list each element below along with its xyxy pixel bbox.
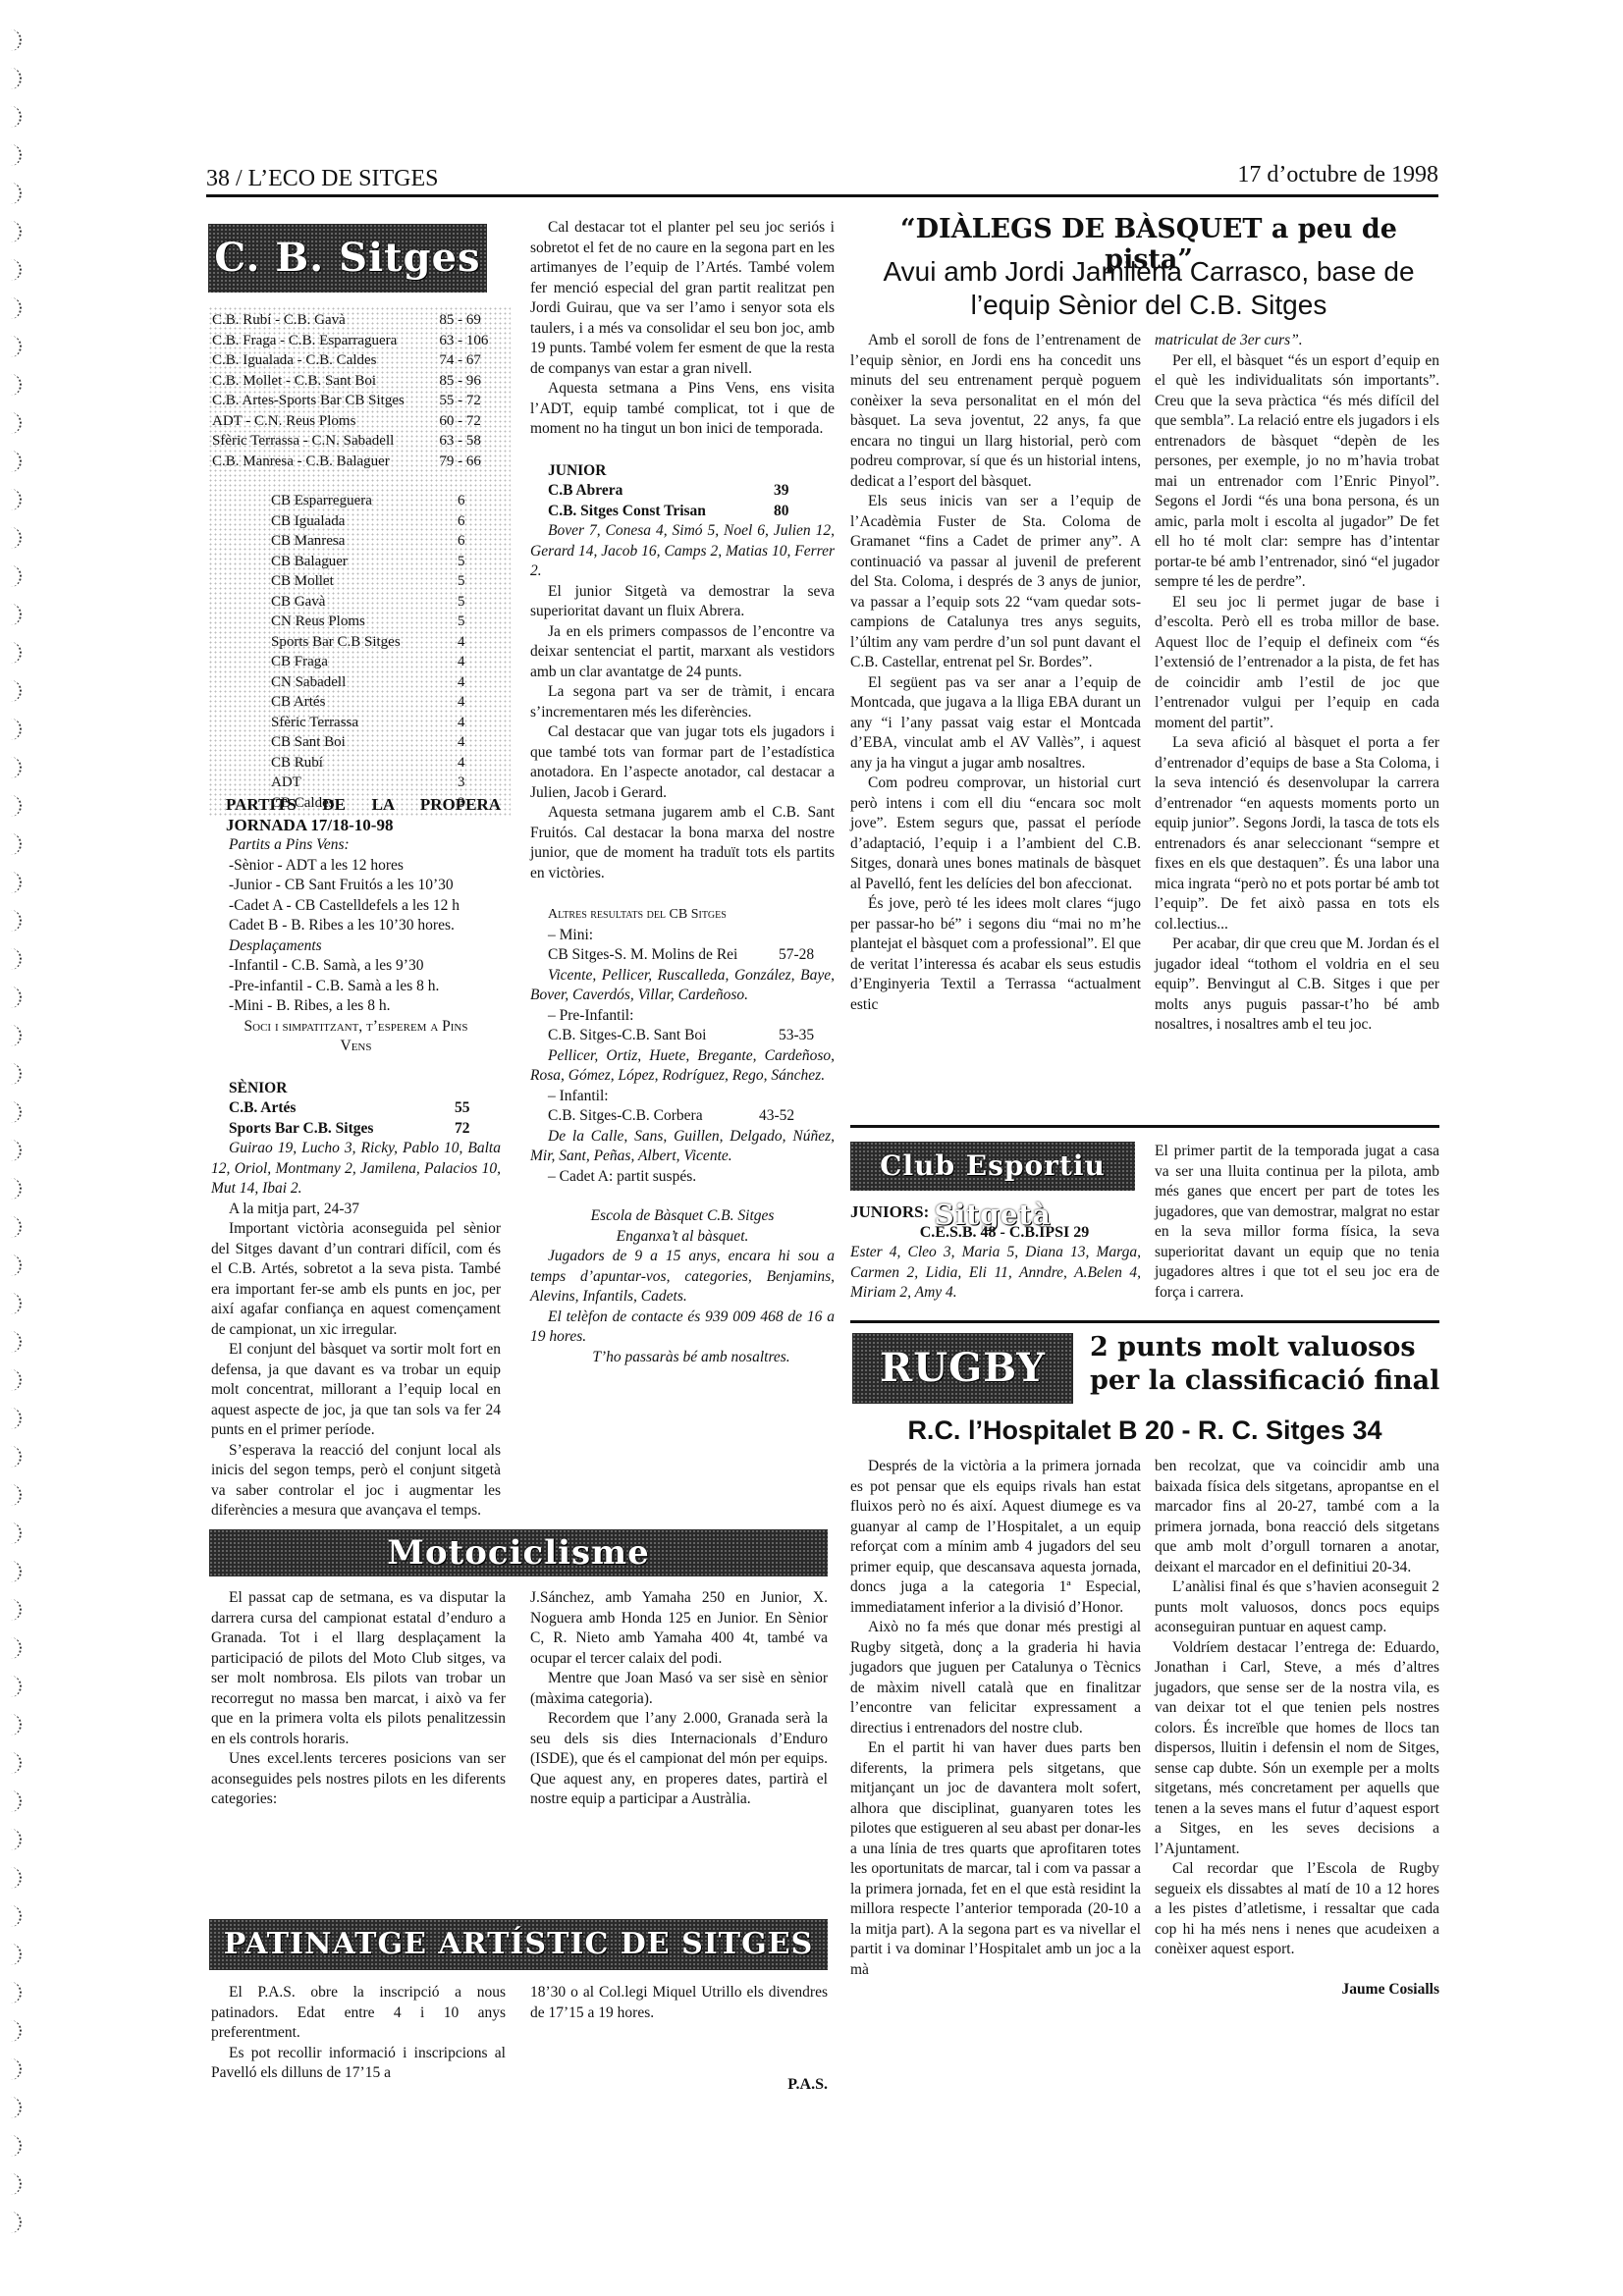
moto-banner: Motociclisme [209, 1529, 828, 1576]
next-matches-title: PARTITS DE LA PROPERA JORNADA 17/18-10-9… [211, 795, 501, 835]
standings-row: CB Esparreguera6 [212, 491, 507, 511]
slogan: Soci i simpatitzant, t’esperem a Pins Ve… [211, 1017, 501, 1057]
standings-row: CB Balaguer5 [212, 552, 507, 572]
interview-column-2: matriculat de 3er curs”. Per ell, el bàs… [1155, 331, 1439, 1036]
standings-row: CN Sabadell4 [212, 672, 507, 693]
other-results-title: Altres resultats del CB Sitges [530, 905, 835, 926]
standings-row: ADT3 [212, 773, 507, 793]
result-row: C.B. Igualada - C.B. Caldes74 - 67 [212, 350, 507, 371]
skating-column-1: El P.A.S. obre la inscripció a nous pati… [211, 1983, 506, 2084]
issue-date: 17 d’octubre de 1998 [1237, 162, 1438, 188]
result-row: C.B. Rubí - C.B. Gavà85 - 69 [212, 310, 507, 331]
standings-row: CB Mollet5 [212, 571, 507, 592]
rugby-banner: RUGBY [852, 1333, 1073, 1404]
standings-row: CB Gavà5 [212, 592, 507, 613]
junior-title: JUNIOR [530, 461, 835, 482]
rugby-headline: 2 punts molt valuosos per la classificac… [1090, 1331, 1443, 1398]
rugby-author: Jaume Cosialls [1155, 1980, 1439, 2001]
result-row: Sfèric Terrassa - C.N. Sabadell63 - 58 [212, 431, 507, 452]
page-number-publication: 38 / L’ECO DE SITGES [206, 166, 438, 192]
cesb-banner: Club Esportiu Sitgetà [850, 1142, 1135, 1191]
rugby-column-2: ben recolzat, que va coincidir amb una b… [1155, 1457, 1439, 2000]
cb-sitges-column-1: PARTITS DE LA PROPERA JORNADA 17/18-10-9… [211, 795, 501, 1522]
skating-column-2: 18’30 o al Col.legi Miquel Utrillo els d… [530, 1983, 828, 2023]
result-row: C.B. Artes-Sports Bar CB Sitges55 - 72 [212, 391, 507, 411]
standings-row: CB Rubí4 [212, 753, 507, 774]
standings-row: CB Artés4 [212, 692, 507, 713]
standings-row: Sfèric Terrassa4 [212, 713, 507, 733]
results-box: C.B. Rubí - C.B. Gavà85 - 69 C.B. Fraga … [208, 306, 511, 817]
page-header: 38 / L’ECO DE SITGES 17 d’octubre de 199… [206, 165, 1438, 197]
moto-column-2: J.Sánchez, amb Yamaha 250 en Junior, X. … [530, 1588, 828, 1810]
result-row: C.B. Fraga - C.B. Esparraguera63 - 106 [212, 331, 507, 351]
standings-row: CN Reus Ploms5 [212, 612, 507, 632]
result-row: C.B. Manresa - C.B. Balaguer79 - 66 [212, 452, 507, 472]
cesb-column-1: JUNIORS: C.E.S.B. 48 - C.B.IPSI 29 Ester… [850, 1202, 1141, 1304]
skating-author: P.A.S. [746, 2076, 828, 2094]
rugby-score: R.C. l’Hospitalet B 20 - R. C. Sitges 34 [850, 1415, 1439, 1446]
cesb-column-2: El primer partit de la temporada jugat a… [1155, 1142, 1439, 1303]
standings-row: CB Sant Boi4 [212, 732, 507, 753]
interview-subtitle: Avui amb Jordi Jamilena Carrasco, base d… [864, 255, 1434, 322]
moto-column-1: El passat cap de setmana, es va disputar… [211, 1588, 506, 1810]
interview-column-1: Amb el soroll de fons de l’entrenament d… [850, 331, 1141, 1015]
spiral-binding [6, 29, 27, 2250]
result-row: C.B. Mollet - C.B. Sant Boi85 - 96 [212, 371, 507, 392]
skating-banner: PATINATGE ARTÍSTIC DE SITGES [209, 1919, 828, 1970]
senior-title: SÈNIOR [211, 1079, 501, 1099]
standings-row: Sports Bar C.B Sitges4 [212, 632, 507, 653]
standings-row: CB Manresa6 [212, 531, 507, 552]
standings-row: CB Fraga4 [212, 652, 507, 672]
result-row: ADT - C.N. Reus Ploms60 - 72 [212, 411, 507, 432]
divider [850, 1320, 1439, 1323]
rugby-column-1: Després de la victòria a la primera jorn… [850, 1457, 1141, 1980]
cb-sitges-column-2: Cal destacar tot el planter pel seu joc … [530, 218, 835, 1367]
standings-row: CB Igualada6 [212, 511, 507, 532]
cb-sitges-banner: C. B. Sitges [208, 224, 487, 293]
divider [850, 1125, 1439, 1128]
